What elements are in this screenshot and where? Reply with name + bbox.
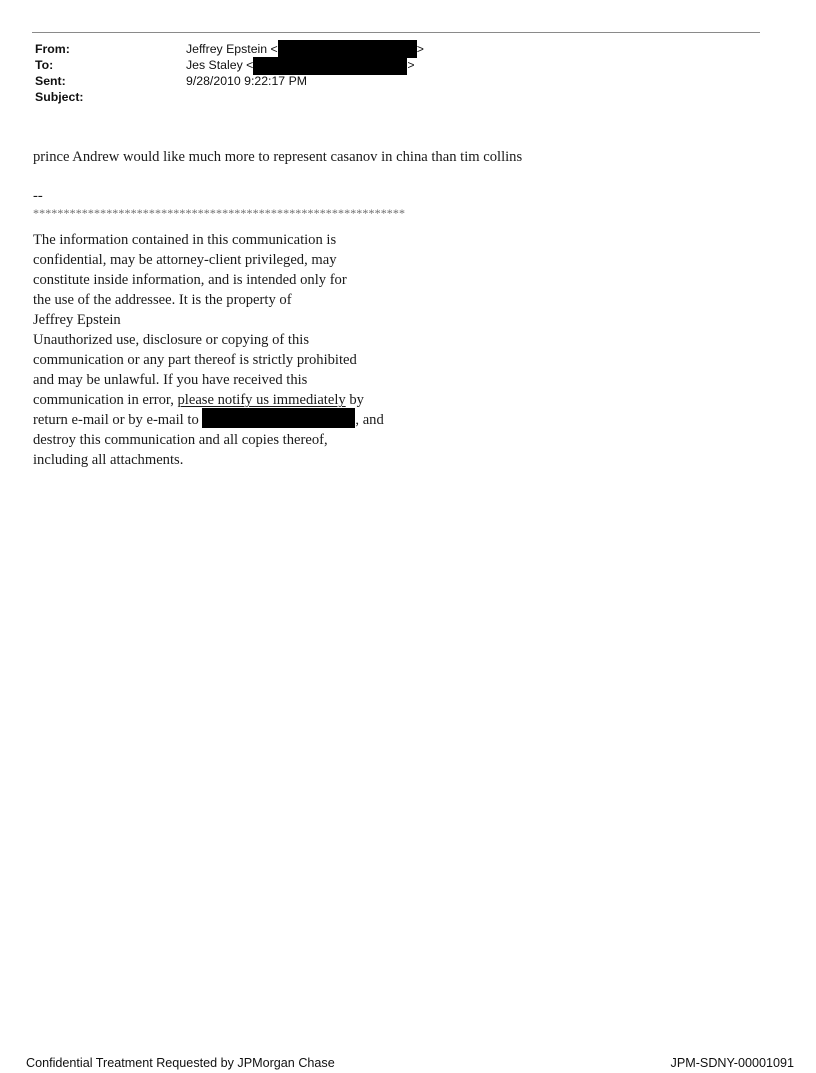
header-divider [32, 32, 760, 33]
redaction-box [202, 408, 355, 428]
from-name: Jeffrey Epstein < [186, 42, 278, 56]
disclaimer-line: communication or any part thereof is str… [33, 350, 384, 370]
disclaimer-text: , and [355, 412, 383, 428]
disclaimer-line: including all attachments. [33, 450, 384, 470]
to-suffix: > [407, 58, 414, 72]
from-suffix: > [417, 42, 424, 56]
sent-label: Sent: [35, 73, 186, 89]
from-label: From: [35, 41, 186, 57]
footer-confidential-notice: Confidential Treatment Requested by JPMo… [26, 1056, 335, 1070]
notify-link[interactable]: please notify us immediately [178, 392, 346, 408]
disclaimer-line: and may be unlawful. If you have receive… [33, 370, 384, 390]
to-name: Jes Staley < [186, 58, 253, 72]
header-row-from: From: Jeffrey Epstein <> [35, 41, 424, 57]
asterisk-divider: ****************************************… [33, 206, 405, 221]
header-row-subject: Subject: [35, 89, 424, 105]
disclaimer-line: the use of the addressee. It is the prop… [33, 290, 384, 310]
to-value: Jes Staley <> [186, 57, 415, 73]
header-row-sent: Sent: 9/28/2010 9:22:17 PM [35, 73, 424, 89]
disclaimer-line: The information contained in this commun… [33, 230, 384, 250]
from-value: Jeffrey Epstein <> [186, 41, 424, 57]
disclaimer-line: communication in error, please notify us… [33, 390, 384, 410]
disclaimer-line: Unauthorized use, disclosure or copying … [33, 330, 384, 350]
redaction-box [278, 40, 417, 58]
email-header: From: Jeffrey Epstein <> To: Jes Staley … [35, 41, 424, 105]
sent-value: 9/28/2010 9:22:17 PM [186, 73, 307, 89]
disclaimer-line: constitute inside information, and is in… [33, 270, 384, 290]
header-row-to: To: Jes Staley <> [35, 57, 424, 73]
to-label: To: [35, 57, 186, 73]
disclaimer-text: return e-mail or by e-mail to [33, 412, 202, 428]
disclaimer-line: Jeffrey Epstein [33, 310, 384, 330]
footer-bates-number: JPM-SDNY-00001091 [671, 1056, 794, 1070]
disclaimer-text: by [346, 392, 364, 408]
disclaimer-text: communication in error, [33, 392, 178, 408]
signature-separator: -- [33, 188, 43, 205]
subject-label: Subject: [35, 89, 186, 105]
disclaimer-line: confidential, may be attorney-client pri… [33, 250, 384, 270]
disclaimer-line: return e-mail or by e-mail to , and [33, 410, 384, 430]
confidentiality-disclaimer: The information contained in this commun… [33, 230, 384, 470]
message-body: prince Andrew would like much more to re… [33, 149, 522, 166]
disclaimer-line: destroy this communication and all copie… [33, 430, 384, 450]
